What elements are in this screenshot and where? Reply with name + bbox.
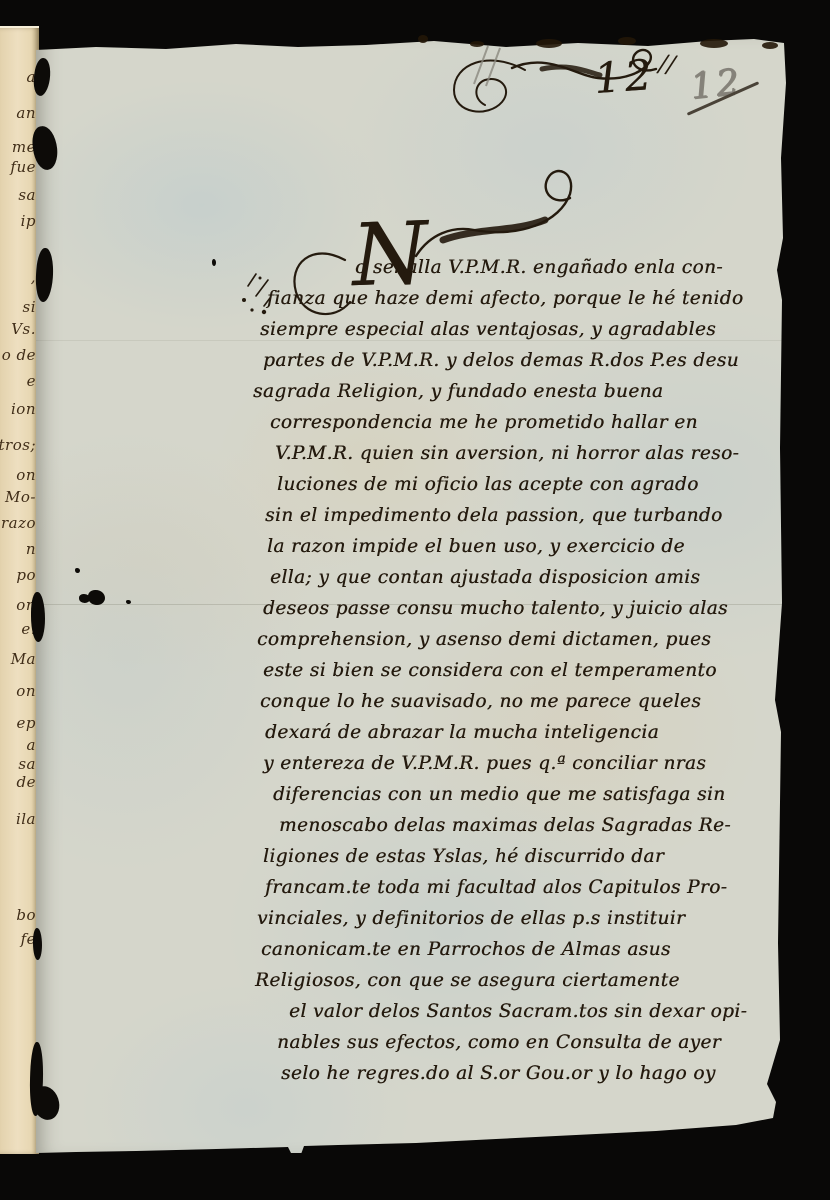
text-fragment: si	[23, 298, 37, 316]
manuscript-line: canonicam.te en Parrochos de Almas asus	[261, 934, 760, 965]
manuscript-line: fianza que haze demi afecto, porque le h…	[267, 283, 760, 314]
manuscript-text: o sehalla V.P.M.R. engañado enla con- fi…	[215, 252, 760, 1089]
manuscript-line: vinciales, y definitorios de ellas p.s i…	[257, 903, 760, 934]
text-fragment: Ma	[11, 650, 36, 668]
text-fragment: n	[26, 540, 36, 558]
manuscript-line: ella; y que contan ajustada disposicion …	[270, 562, 760, 593]
manuscript-line: ligiones de estas Yslas, hé discurrido d…	[263, 841, 760, 872]
manuscript-line: partes de V.P.M.R. y delos demas R.dos P…	[263, 345, 760, 376]
text-fragment: on	[16, 466, 36, 484]
manuscript-line: sin el impedimento dela passion, que tur…	[265, 500, 760, 531]
manuscript-line: o sehalla V.P.M.R. engañado enla con-	[355, 252, 760, 283]
manuscript-scan: { "scan": { "folio_number": "12", "ditto…	[0, 0, 830, 1200]
manuscript-line: francam.te toda mi facultad alos Capitul…	[265, 872, 760, 903]
manuscript-line: luciones de mi oficio las acepte con agr…	[277, 469, 760, 500]
text-fragment: ip	[21, 212, 36, 230]
manuscript-line: la razon impide el buen uso, y exercicio…	[267, 531, 760, 562]
manuscript-line: el valor delos Santos Sacram.tos sin dex…	[289, 996, 760, 1027]
manuscript-line: sagrada Religion, y fundado enesta buena	[253, 376, 760, 407]
text-fragment: po	[16, 566, 36, 584]
burn-mark	[470, 41, 484, 47]
ink-blot	[75, 568, 80, 573]
manuscript-line: conque lo he suavisado, no me parece que…	[260, 686, 760, 717]
text-fragment: Mo-	[5, 488, 36, 506]
burn-mark	[700, 39, 728, 48]
burn-mark	[418, 35, 428, 43]
gutter-tear-mark	[31, 592, 45, 642]
ink-blot	[88, 590, 105, 605]
ink-blot	[126, 600, 131, 604]
manuscript-line: nables sus efectos, como en Consulta de …	[277, 1027, 760, 1058]
text-fragment: ion	[11, 400, 36, 418]
manuscript-line: selo he regres.do al S.or Gou.or y lo ha…	[281, 1058, 760, 1089]
text-fragment: an	[16, 104, 36, 122]
text-fragment: Vs.	[11, 320, 36, 338]
manuscript-line: y entereza de V.P.M.R. pues q.ª concilia…	[263, 748, 760, 779]
text-fragment: sa	[18, 186, 36, 204]
text-fragment: tros;	[0, 436, 36, 454]
text-fragment: de	[17, 773, 36, 791]
manuscript-line: V.P.M.R. quien sin aversion, ni horror a…	[275, 438, 760, 469]
burn-mark	[536, 39, 562, 48]
gutter-tear-mark	[33, 928, 42, 960]
text-fragment: on	[16, 682, 36, 700]
manuscript-line: correspondencia me he prometido hallar e…	[270, 407, 760, 438]
manuscript-line: siempre especial alas ventajosas, y agra…	[260, 314, 760, 345]
manuscript-line: dexará de abrazar la mucha inteligencia	[265, 717, 760, 748]
manuscript-line: este si bien se considera con el tempera…	[263, 655, 760, 686]
manuscript-line: Religiosos, con que se asegura ciertamen…	[255, 965, 760, 996]
ditto-mark: //	[658, 49, 677, 79]
text-fragment: ila	[16, 810, 36, 828]
facing-page-sliver: a an me fue sa ip , si Vs. o de e ion tr…	[0, 26, 39, 1154]
text-fragment: ep	[17, 714, 36, 732]
manuscript-line: comprehension, y asenso demi dictamen, p…	[257, 624, 760, 655]
text-fragment: bo	[16, 906, 36, 924]
text-fragment: a	[27, 736, 36, 754]
text-fragment: razo	[1, 514, 36, 532]
burn-mark	[618, 37, 636, 45]
folio-number: 12	[592, 50, 657, 103]
manuscript-line: menoscabo delas maximas delas Sagradas R…	[279, 810, 760, 841]
burn-mark	[762, 42, 778, 49]
text-fragment: e	[27, 372, 36, 390]
manuscript-line: deseos passe consu mucho talento, y juic…	[263, 593, 760, 624]
text-fragment: sa	[18, 755, 36, 773]
text-fragment: o de	[2, 346, 36, 364]
manuscript-line: diferencias con un medio que me satisfag…	[273, 779, 760, 810]
text-fragment: fue	[10, 158, 36, 176]
